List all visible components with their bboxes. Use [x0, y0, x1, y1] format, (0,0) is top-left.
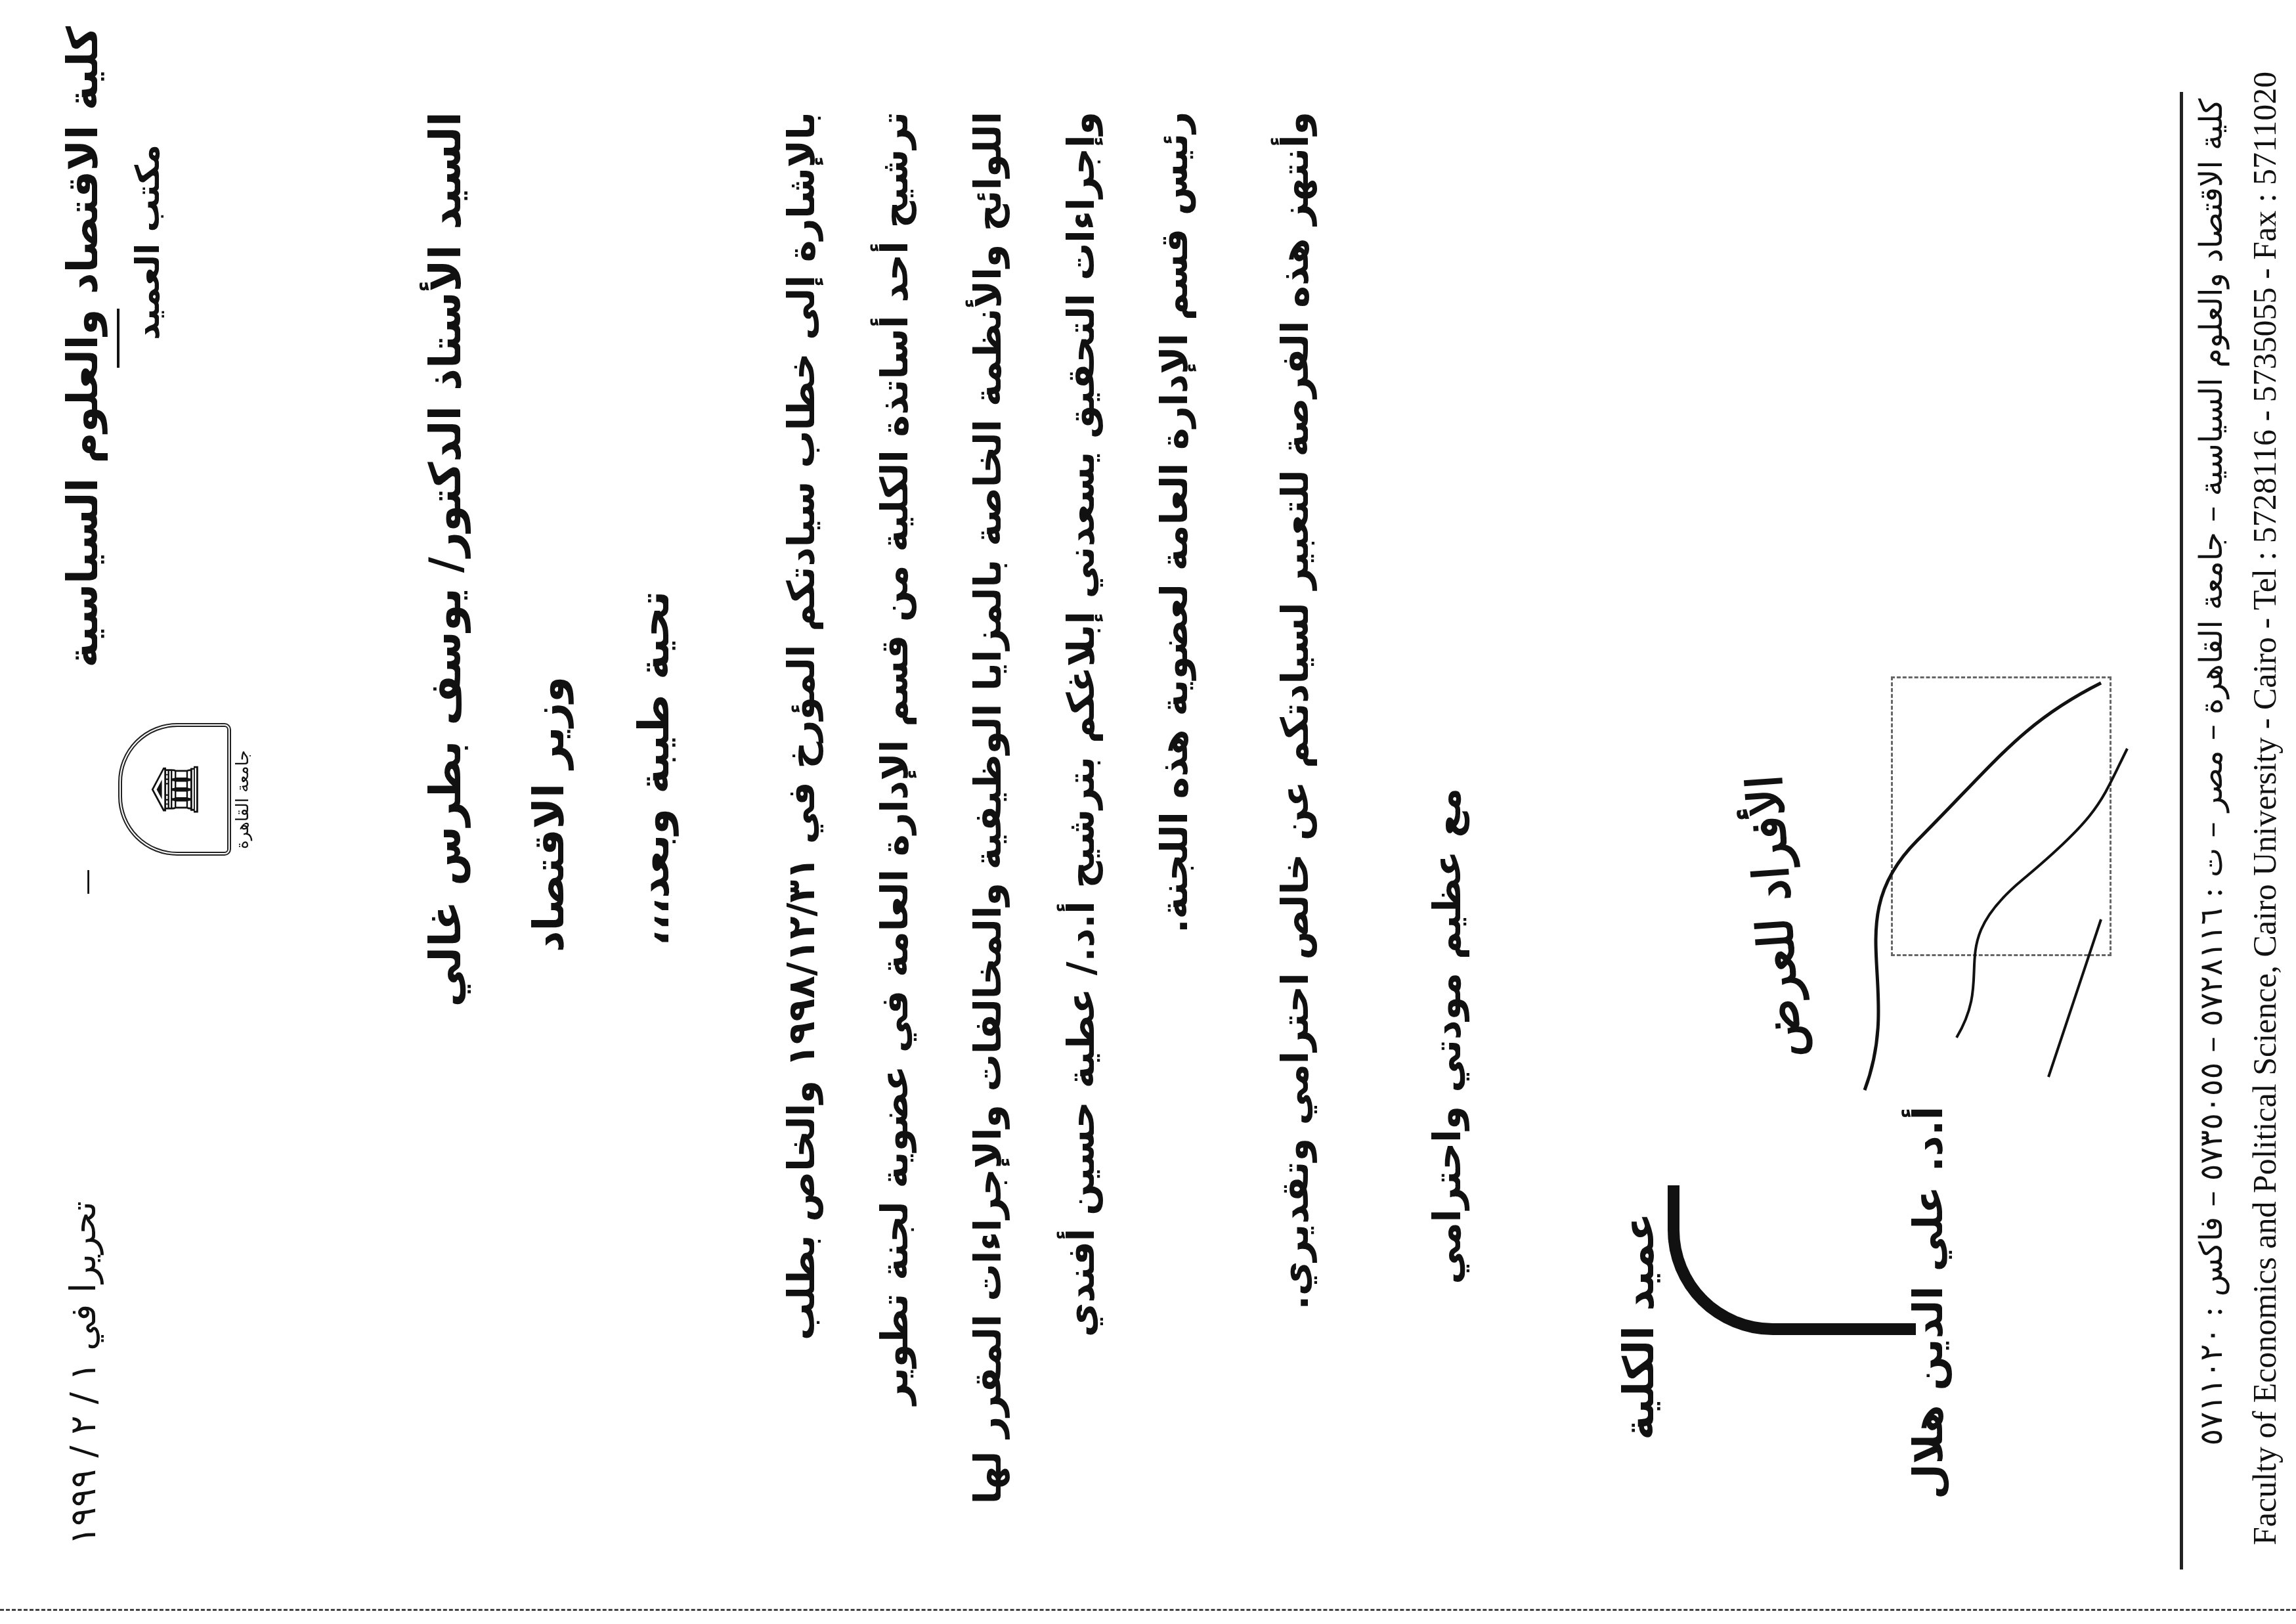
body-line: رئيس قسم الإدارة العامة لعضوية هذه اللجن… [1128, 112, 1221, 1524]
dean-title: عميد الكلية [1615, 1213, 1664, 1440]
letterhead-divider [117, 309, 119, 368]
handwritten-scribble [1825, 657, 2154, 1116]
footer-divider [2180, 92, 2183, 1569]
signature-mark [1668, 1185, 1916, 1335]
letterhead: كلية الاقتصاد والعلوم السياسية مكتب العم… [59, 26, 167, 814]
body-line: ترشيح أحد أساتذة الكلية من قسم الإدارة ا… [848, 112, 942, 1524]
closing-line: وأنتهز هذه الفرصة للتعبير لسيادتكم عن خا… [1274, 112, 1317, 1524]
addressee-title: وزير الاقتصاد [525, 676, 574, 952]
handwritten-annotation: الأفراد للعرض [1737, 774, 1813, 1060]
footer-arabic-contact: كلية الاقتصاد والعلوم السياسية – جامعة ا… [2193, 99, 2230, 1446]
letter-date-reference: تحريرا في ١ / ٢ / ١٩٩٩ [62, 1201, 104, 1545]
header-dash-mark: — [72, 869, 102, 895]
body-line: اللوائح والأنظمة الخاصة بالمزايا الوظيفي… [942, 112, 1035, 1524]
emblem-caption: جامعة القاهرة [233, 750, 253, 849]
footer-english-contact: Faculty of Economics and Political Scien… [2245, 72, 2284, 1545]
scanned-letter-page: كلية الاقتصاد والعلوم السياسية مكتب العم… [0, 0, 2296, 1624]
letter-body: بالإشارة إلى خطاب سيادتكم المؤرخ في ١٩٩٨… [755, 112, 1221, 1524]
cairo-university-emblem-icon: 🏛 [118, 723, 231, 856]
scan-edge-line [0, 1609, 2296, 1611]
body-line: وإجراءات التحقيق يسعدني إبلاغكم بترشيح أ… [1035, 112, 1128, 1524]
body-line: بالإشارة إلى خطاب سيادتكم المؤرخ في ١٩٩٨… [755, 112, 848, 1524]
dean-name: أ.د. علي الدين هلال [1904, 1106, 1952, 1499]
regards-line: مع عظيم مودتي واحترامي [1425, 788, 1469, 1284]
addressee-line: السيد الأستاذ الدكتور/ يوسف بطرس غالي [420, 112, 471, 1524]
dean-office-label: مكتب العميد [129, 144, 167, 814]
greeting: تحية طيبة وبعد،،، [630, 591, 679, 946]
faculty-name: كلية الاقتصاد والعلوم السياسية [59, 26, 108, 814]
